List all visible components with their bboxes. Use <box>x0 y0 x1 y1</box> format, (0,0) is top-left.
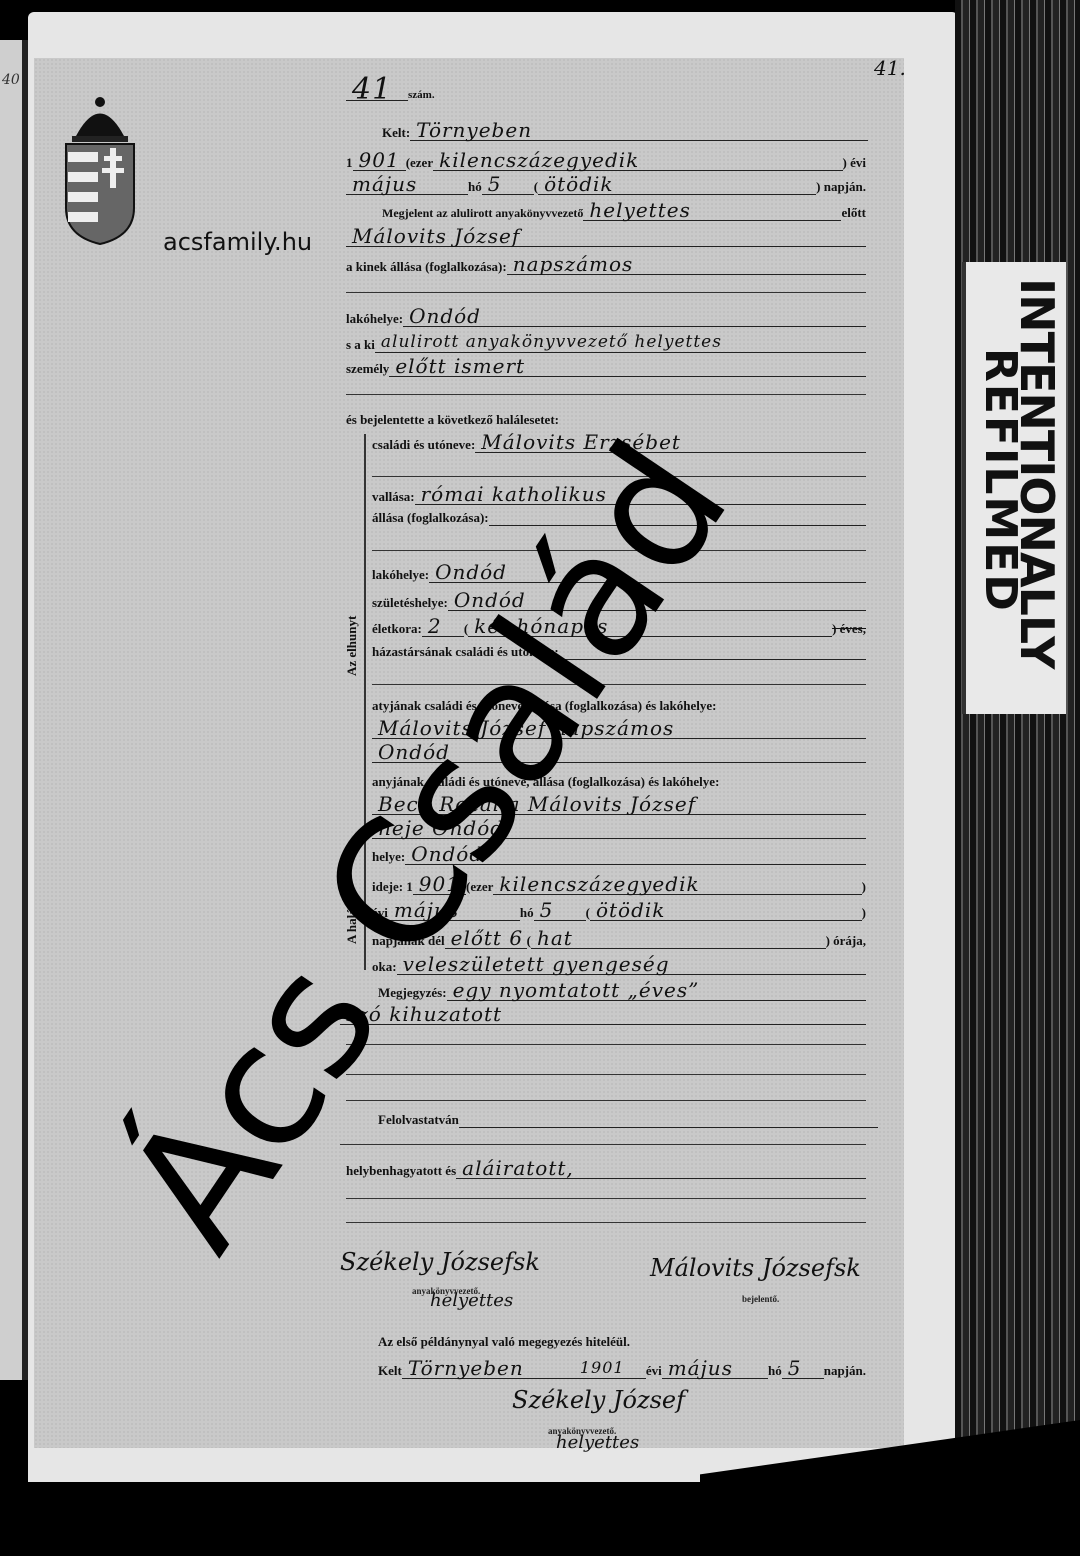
declarant-who-row: s a ki alulirott anyakönyvvezető helyett… <box>346 332 866 353</box>
megjelent-row: Megjelent az alulirott anyakönyvvezető h… <box>382 200 866 221</box>
declarant-person-text: előtt ismert <box>389 356 866 377</box>
death-hour-words: hat <box>531 928 826 949</box>
certification-evi-label: évi <box>646 1363 662 1379</box>
certification-signature-role: helyettes <box>556 1432 639 1453</box>
read-line <box>459 1127 878 1128</box>
deceased-name-label: családi és utóneve: <box>372 437 475 453</box>
blank-line <box>346 1222 866 1223</box>
blank-line <box>346 1198 866 1199</box>
registrar-signature: Székely Józsefsk <box>340 1248 540 1276</box>
deceased-side-label: Az elhunyt <box>344 616 360 676</box>
month: május <box>346 174 468 195</box>
declarant-name: Málovits József <box>346 226 866 247</box>
year-words: kilencszázegyedik <box>433 150 842 171</box>
day-words: ötödik <box>538 174 816 195</box>
certification-date-row: Kelt Törnyeben 1901 évi május hó 5 napjá… <box>378 1358 866 1379</box>
refilmed-stamp: INTENTIONALLY REFILMED <box>962 262 1066 714</box>
certification-napjan-label: napján. <box>824 1363 866 1379</box>
deceased-age-suffix: ) éves, <box>832 621 866 637</box>
certification-text: Az első példánynyal való megegyezés hite… <box>378 1334 630 1350</box>
declarant-name-row: Málovits József <box>346 226 866 247</box>
year: 901 <box>353 150 406 171</box>
read-row: Felolvastatván <box>378 1112 878 1128</box>
registrar-role-signature: helyettes <box>430 1290 513 1311</box>
certification-text-row: Az első példánynyal való megegyezés hite… <box>378 1334 630 1350</box>
declarant-occupation-row: a kinek állása (foglalkozása): napszámos <box>346 254 866 275</box>
certification-month: május <box>662 1358 768 1379</box>
left-page-number: 40 <box>2 72 20 88</box>
year-words-label: (ezer <box>406 155 433 171</box>
declarant-who-text: alulirott anyakönyvvezető helyettes <box>375 332 866 353</box>
registrar-role: helyettes <box>583 200 841 221</box>
declarant-person-label: személy <box>346 361 389 377</box>
declarant-signature-label: bejelentő. <box>742 1294 779 1304</box>
declarant-occupation-label: a kinek állása (foglalkozása): <box>346 259 507 275</box>
notes-line-1: egy nyomtatott „éves” <box>447 980 866 1001</box>
deceased-residence-label: lakóhelye: <box>372 567 429 583</box>
death-ho-label: hó <box>520 905 534 921</box>
deceased-birthplace-label: születéshelye: <box>372 595 448 611</box>
declarant-person-row: személy előtt ismert <box>346 356 866 377</box>
declarant-residence: Ondód <box>403 306 866 327</box>
certification-year: 1901 <box>574 1358 646 1379</box>
kelt-row: Kelt: Törnyeben <box>382 120 868 141</box>
blank-line <box>346 1044 866 1045</box>
approved-label: helybenhagyatott és <box>346 1163 456 1179</box>
death-year-words: kilencszázegyedik <box>493 874 861 895</box>
blank-line <box>346 1100 866 1101</box>
declarant-who-label: s a ki <box>346 337 375 353</box>
ho-label: hó <box>468 179 482 195</box>
record-number: 41 <box>346 80 408 101</box>
blank-line <box>346 292 866 293</box>
certification-place: Törnyeben <box>402 1358 574 1379</box>
approved-text: aláiratott, <box>456 1158 866 1179</box>
deceased-name: Málovits Erzsébet <box>475 432 866 453</box>
blank-line <box>340 1144 866 1145</box>
read-label: Felolvastatván <box>378 1112 459 1128</box>
certification-kelt-label: Kelt <box>378 1363 402 1379</box>
kelt-place: Törnyeben <box>410 120 868 141</box>
napjan-label: ) napján. <box>816 179 866 195</box>
day: 5 <box>482 174 534 195</box>
deceased-religion-label: vallása: <box>372 489 415 505</box>
record-number-label: szám. <box>408 89 435 101</box>
death-intro: és bejelentette a következő halálesetet: <box>346 412 559 428</box>
death-day: 5 <box>534 900 586 921</box>
blank-line <box>346 394 866 395</box>
certification-ho-label: hó <box>768 1363 782 1379</box>
elott-label: előtt <box>841 205 866 221</box>
death-hour-suffix: ) órája, <box>826 933 866 949</box>
certification-signature: Székely József <box>512 1386 685 1414</box>
stamp-line-2: REFILMED <box>975 348 1026 613</box>
book-page-edges <box>955 0 1080 1556</box>
megjelent-label: Megjelent az alulirott anyakönyvvezető <box>382 206 583 221</box>
left-page-edge: 40 <box>0 40 28 1380</box>
declarant-occupation: napszámos <box>507 254 866 275</box>
right-page-number: 41. <box>874 56 906 80</box>
deceased-occupation-label: állása (foglalkozása): <box>372 510 489 526</box>
declarant-residence-label: lakóhelye: <box>346 311 403 327</box>
declarant-residence-row: lakóhelye: Ondód <box>346 306 866 327</box>
year-row: 1 901 (ezer kilencszázegyedik ) évi <box>346 150 866 171</box>
watermark-url: acsfamily.hu <box>163 228 312 256</box>
certification-day: 5 <box>782 1358 824 1379</box>
record-number-row: 41 szám. <box>346 80 546 101</box>
date-row: május hó 5 ( ötödik ) napján. <box>346 174 866 195</box>
kelt-label: Kelt: <box>382 125 410 141</box>
death-day-words: ötödik <box>590 900 862 921</box>
blank-line <box>346 1074 866 1075</box>
approved-row: helybenhagyatott és aláiratott, <box>346 1158 866 1179</box>
hungarian-coat-of-arms-icon <box>62 96 138 246</box>
declarant-signature: Málovits Józsefsk <box>650 1254 861 1282</box>
deceased-age-label: életkora: <box>372 621 422 637</box>
death-intro-text: és bejelentette a következő halálesetet: <box>346 412 559 428</box>
evi-label: ) évi <box>843 155 866 171</box>
